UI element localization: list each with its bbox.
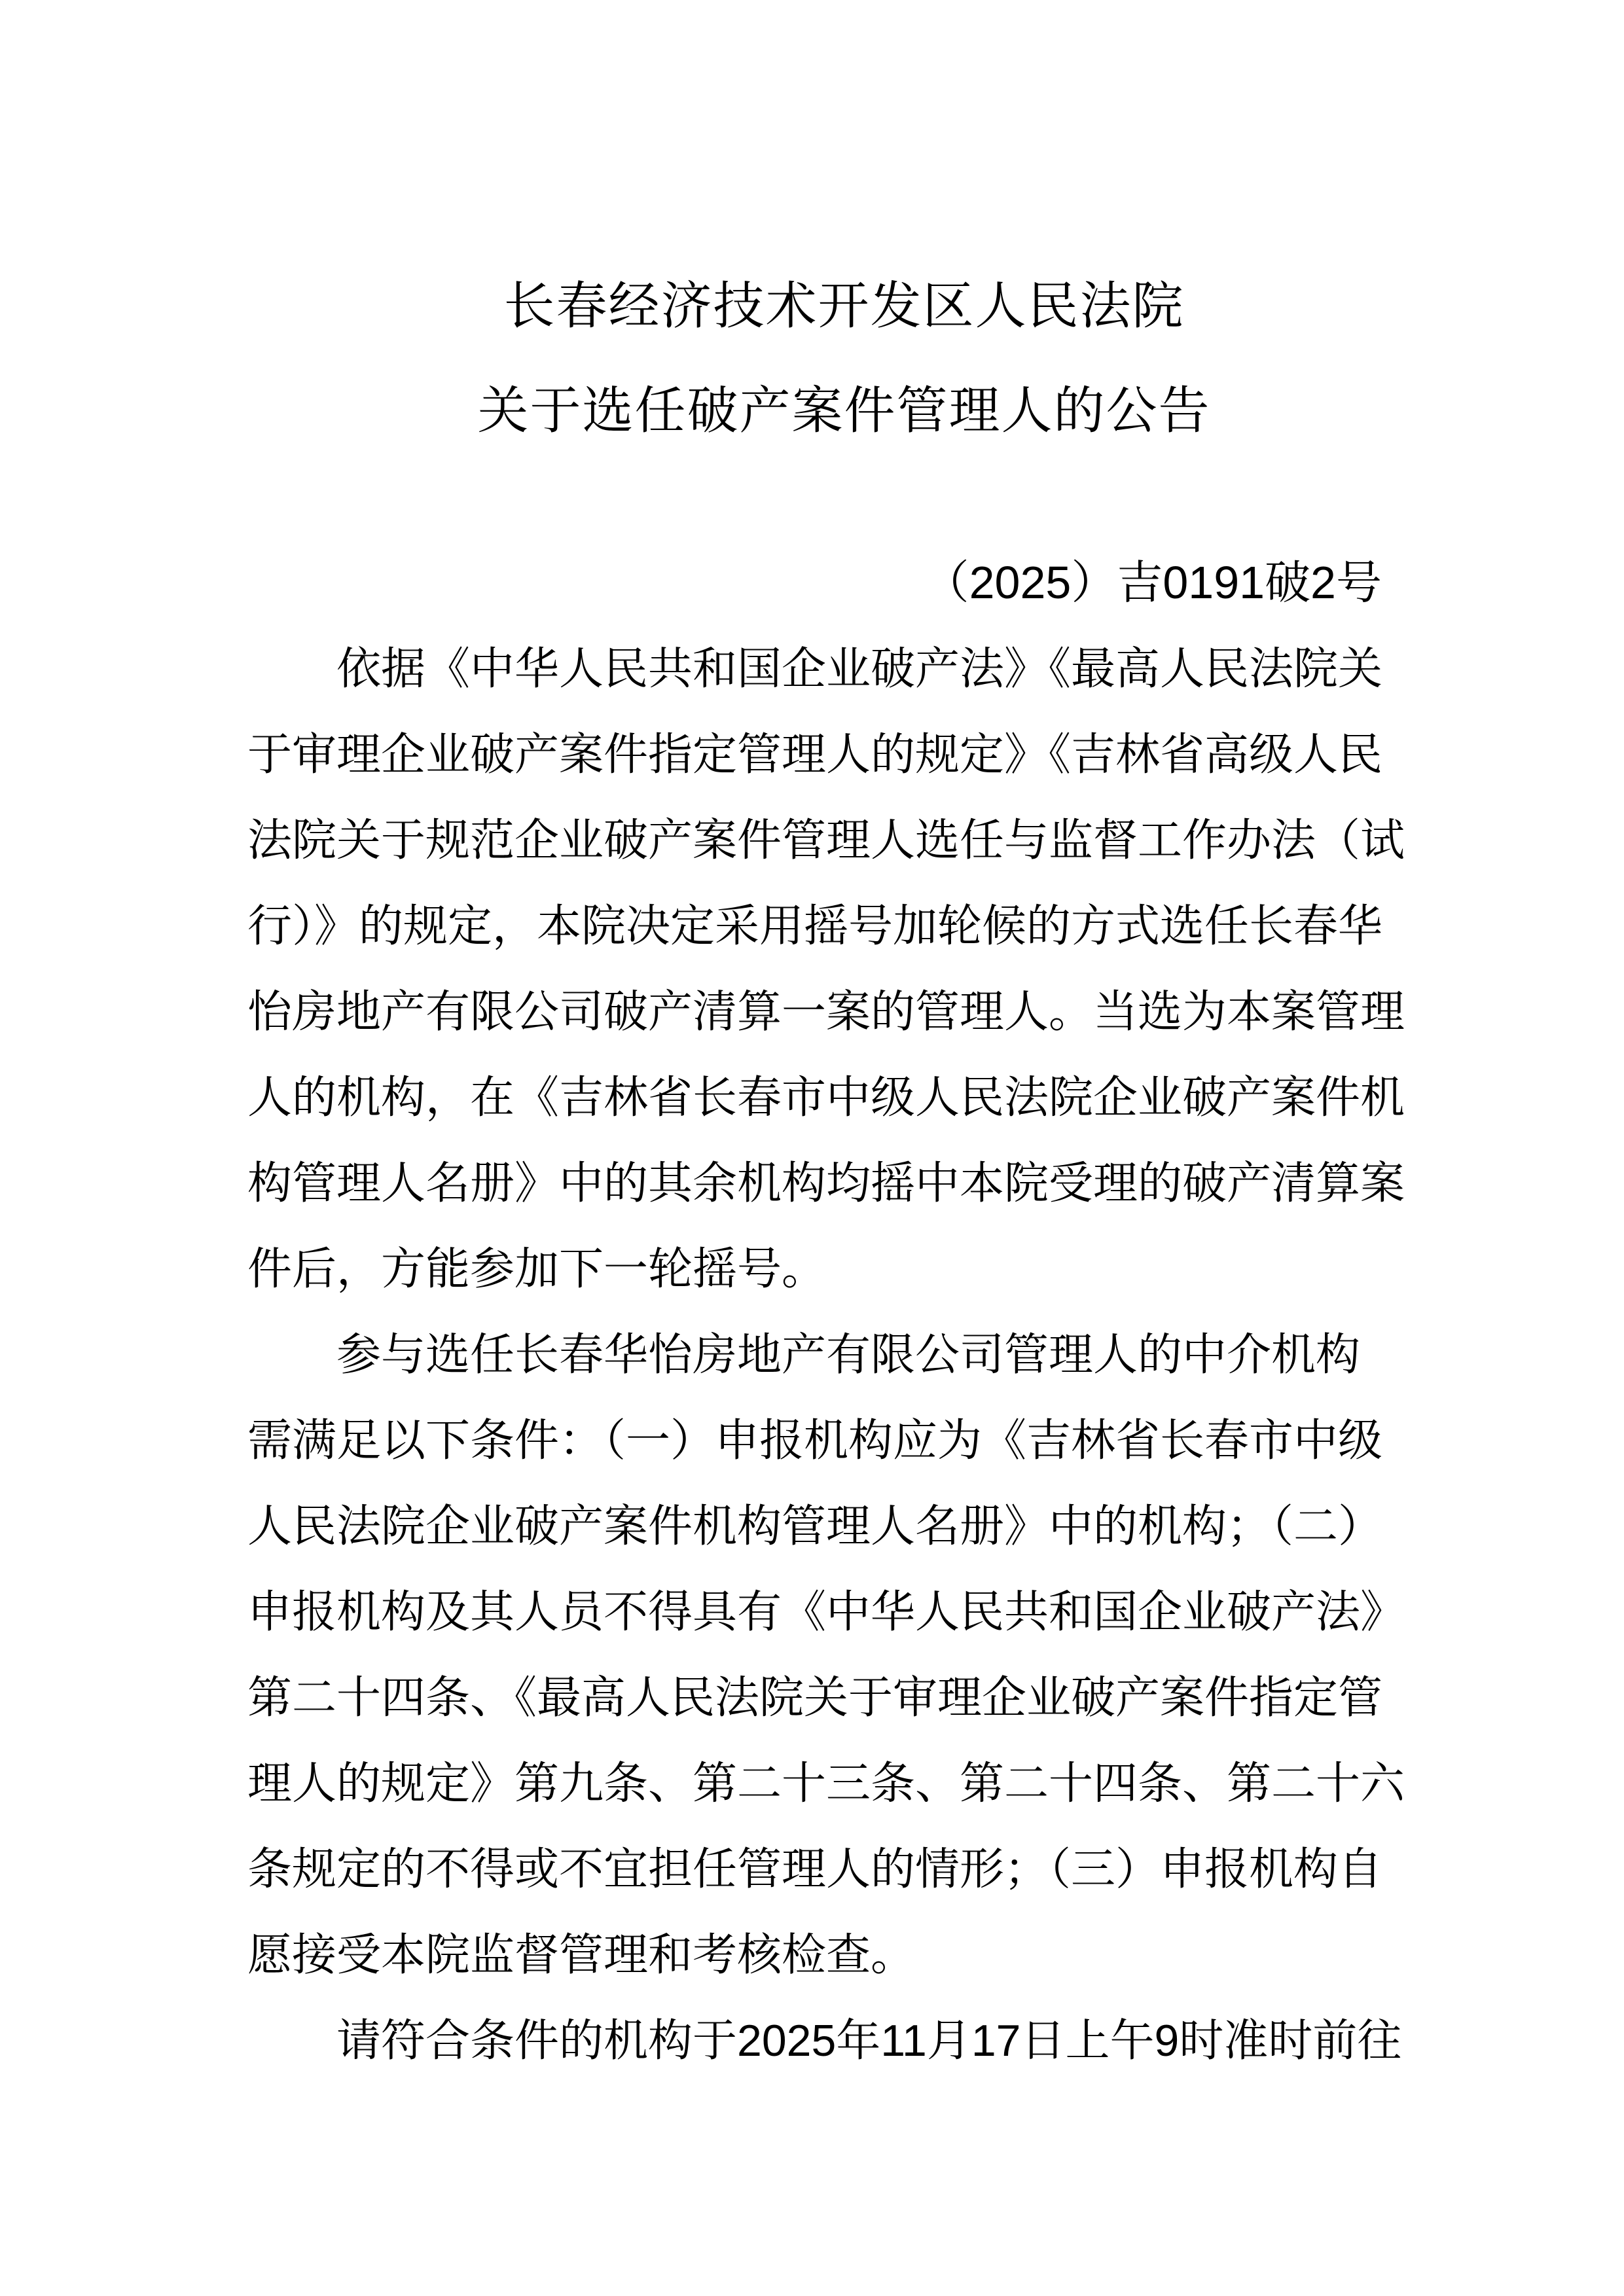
case-number: （2025）吉0191破2号: [247, 539, 1441, 626]
announcement-page: 长春经济技术开发区人民法院 关于选任破产案件管理人的公告 （2025）吉0191…: [0, 0, 1624, 2296]
document-title: 长春经济技术开发区人民法院 关于选任破产案件管理人的公告: [247, 253, 1441, 463]
paragraph-legal-basis: 依据《中华人民共和国企业破产法》《最高人民法院关 于审理企业破产案件指定管理人的…: [247, 626, 1441, 1312]
paragraph-schedule-notice: 请符合条件的机构于2025年11月17日上午9时准时前往: [247, 1998, 1441, 2084]
announcement-body: 依据《中华人民共和国企业破产法》《最高人民法院关 于审理企业破产案件指定管理人的…: [247, 626, 1441, 2084]
paragraph-qualification-conditions: 参与选任长春华怡房地产有限公司管理人的中介机构 需满足以下条件：（一）申报机构应…: [247, 1312, 1441, 1998]
page-content: 长春经济技术开发区人民法院 关于选任破产案件管理人的公告 （2025）吉0191…: [0, 0, 1624, 2084]
court-name-title: 长春经济技术开发区人民法院: [247, 253, 1441, 358]
announcement-title: 关于选任破产案件管理人的公告: [247, 358, 1441, 463]
